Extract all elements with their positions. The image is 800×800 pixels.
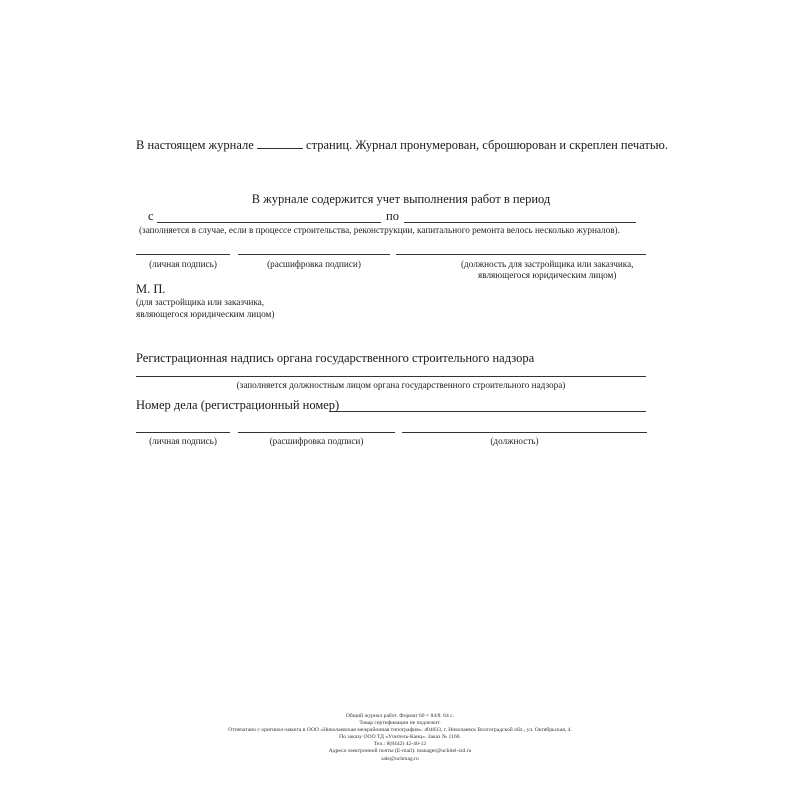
footer-line: sale@uchmag.ru bbox=[150, 756, 650, 763]
page-count-blank[interactable] bbox=[257, 137, 303, 149]
stamp-note-line1: (для застройщика или заказчика, bbox=[136, 297, 264, 307]
intro-suffix: страниц. Журнал пронумерован, сброшюрова… bbox=[306, 138, 668, 152]
position-caption-1-line1: (должность для застройщика или заказчика… bbox=[461, 259, 633, 269]
intro-prefix: В настоящем журнале bbox=[136, 138, 254, 152]
personal-signature-caption-2: (личная подпись) bbox=[136, 436, 230, 446]
period-to-label: по bbox=[386, 209, 399, 224]
period-from-field[interactable] bbox=[157, 222, 381, 223]
position-caption-2: (должность) bbox=[402, 436, 627, 446]
stamp-note-line2: являющегося юридическим лицом) bbox=[136, 309, 274, 319]
registration-note: (заполняется должностным лицом органа го… bbox=[136, 380, 666, 390]
position-field-2[interactable] bbox=[402, 432, 647, 433]
personal-signature-field-1[interactable] bbox=[136, 254, 230, 255]
position-field-1[interactable] bbox=[396, 254, 646, 255]
signature-decoding-caption-2: (расшифровка подписи) bbox=[238, 436, 395, 446]
personal-signature-field-2[interactable] bbox=[136, 432, 230, 433]
signature-decoding-field-2[interactable] bbox=[238, 432, 395, 433]
registration-heading: Регистрационная надпись органа государст… bbox=[136, 351, 534, 366]
period-note: (заполняется в случае, если в процессе с… bbox=[139, 225, 620, 235]
period-heading: В журнале содержится учет выполнения раб… bbox=[136, 192, 666, 207]
footer-line: Отпечатано с оригинал-макета в ООО «Нико… bbox=[150, 727, 650, 734]
registration-field[interactable] bbox=[136, 376, 646, 377]
period-to-field[interactable] bbox=[404, 222, 636, 223]
signature-decoding-caption-1: (расшифровка подписи) bbox=[238, 259, 390, 269]
case-number-field[interactable] bbox=[329, 411, 646, 412]
signature-decoding-field-1[interactable] bbox=[238, 254, 390, 255]
period-from-label: с bbox=[148, 209, 154, 224]
footer-line: Адреса электронной почты (E-mail): manag… bbox=[150, 748, 650, 755]
imprint-footer: Общий журнал работ. Формат 60 × 84/8. 64… bbox=[150, 713, 650, 763]
position-caption-1-line2: являющегося юридическим лицом) bbox=[478, 270, 616, 280]
stamp-label: М. П. bbox=[136, 282, 166, 297]
personal-signature-caption-1: (личная подпись) bbox=[136, 259, 230, 269]
intro-line: В настоящем журнале страниц. Журнал прон… bbox=[136, 137, 668, 153]
case-number-label: Номер дела (регистрационный номер) bbox=[136, 398, 339, 413]
